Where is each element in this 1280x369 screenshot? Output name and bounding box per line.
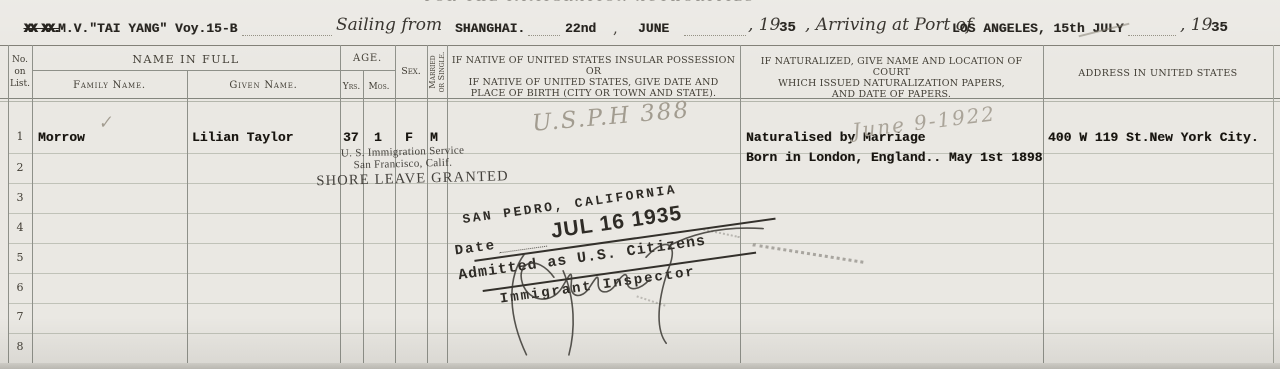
sailing-from-label: Sailing from (336, 15, 442, 35)
port-of-arrival: LOS ANGELES, 15th JULY (952, 21, 1124, 36)
table-top-rule (0, 45, 1280, 46)
cell-given-name: Lilian Taylor (192, 130, 293, 145)
row-number: 4 (8, 221, 32, 234)
arrival-year: 35 (1211, 20, 1228, 36)
dotted-leader (1128, 34, 1176, 36)
cell-married-or-single: M (430, 130, 438, 145)
col-divider (395, 45, 396, 369)
shore-leave-stamp: U. S. Immigration Service San Francisco,… (315, 144, 490, 191)
row-divider (8, 153, 1274, 154)
shore-leave-line3: SHORE LEAVE GRANTED (316, 169, 490, 191)
header-married-or-single: Married or Single. (428, 42, 446, 102)
header-sex: Sex. (395, 66, 427, 77)
row-number: 6 (8, 281, 32, 294)
cell-sex: F (405, 130, 413, 145)
port-of-sailing: SHANGHAI. (455, 21, 525, 36)
printed-year-prefix: , 19 (748, 15, 780, 35)
col-divider (32, 45, 33, 369)
dotted-leader (242, 34, 332, 36)
col-divider (1273, 45, 1274, 369)
header-name-in-full: NAME IN FULL (32, 53, 340, 66)
manifest-sheet: FOR THE IMMIGRATION AUTHORITIES XX XX. M… (0, 0, 1280, 369)
header-mos: Mos. (363, 82, 395, 92)
cell-family-name: Morrow (38, 130, 85, 145)
col-divider (187, 70, 188, 369)
page-bottom-edge (0, 363, 1280, 369)
header-family-name: Family Name. (32, 80, 187, 91)
pencil-code-annotation: U.S.P.H 388 (531, 97, 691, 137)
arriving-label: , Arriving at Port of (805, 15, 972, 35)
clipped-top-line: FOR THE IMMIGRATION AUTHORITIES (395, 0, 785, 4)
header-naturalized-column: IF NATURALIZED, GIVE NAME AND LOCATION O… (743, 56, 1040, 100)
sailing-year: 35 (779, 20, 796, 36)
row-number: 5 (8, 251, 32, 264)
sailing-day: 22nd (565, 21, 596, 36)
header-age: AGE. (340, 53, 395, 64)
row-number: 1 (8, 130, 32, 143)
cell-age-yrs: 37 (343, 130, 359, 145)
sailing-month: JUNE (638, 21, 669, 36)
pencil-checkmark: ✓ (97, 112, 114, 134)
header-native-column: IF NATIVE OF UNITED STATES INSULAR POSSE… (450, 55, 737, 99)
cell-naturalization-line2: Born in London, England.. May 1st 1898 (746, 150, 1042, 165)
vessel-name: M.V."TAI YANG" Voy.15-B (58, 21, 237, 36)
cell-address: 400 W 119 St.New York City. (1048, 130, 1259, 145)
row-number: 8 (8, 340, 32, 353)
dotted-leader (684, 34, 746, 36)
header-yrs: Yrs. (340, 82, 363, 92)
row-number: 2 (8, 161, 32, 174)
struck-vessel-prefix: XX XX. (24, 21, 59, 36)
col-divider (1043, 45, 1044, 369)
row-number: 7 (8, 310, 32, 323)
col-divider (363, 70, 364, 369)
printed-comma: , (613, 19, 618, 37)
col-divider (340, 45, 341, 369)
row-number: 3 (8, 191, 32, 204)
cell-age-mos: 1 (374, 130, 382, 145)
header-address-column: ADDRESS IN UNITED STATES (1043, 68, 1273, 79)
dotted-leader (528, 34, 560, 36)
header-given-name: Given Name. (187, 80, 340, 91)
arrival-printed-year-prefix: , 19 (1180, 15, 1212, 35)
